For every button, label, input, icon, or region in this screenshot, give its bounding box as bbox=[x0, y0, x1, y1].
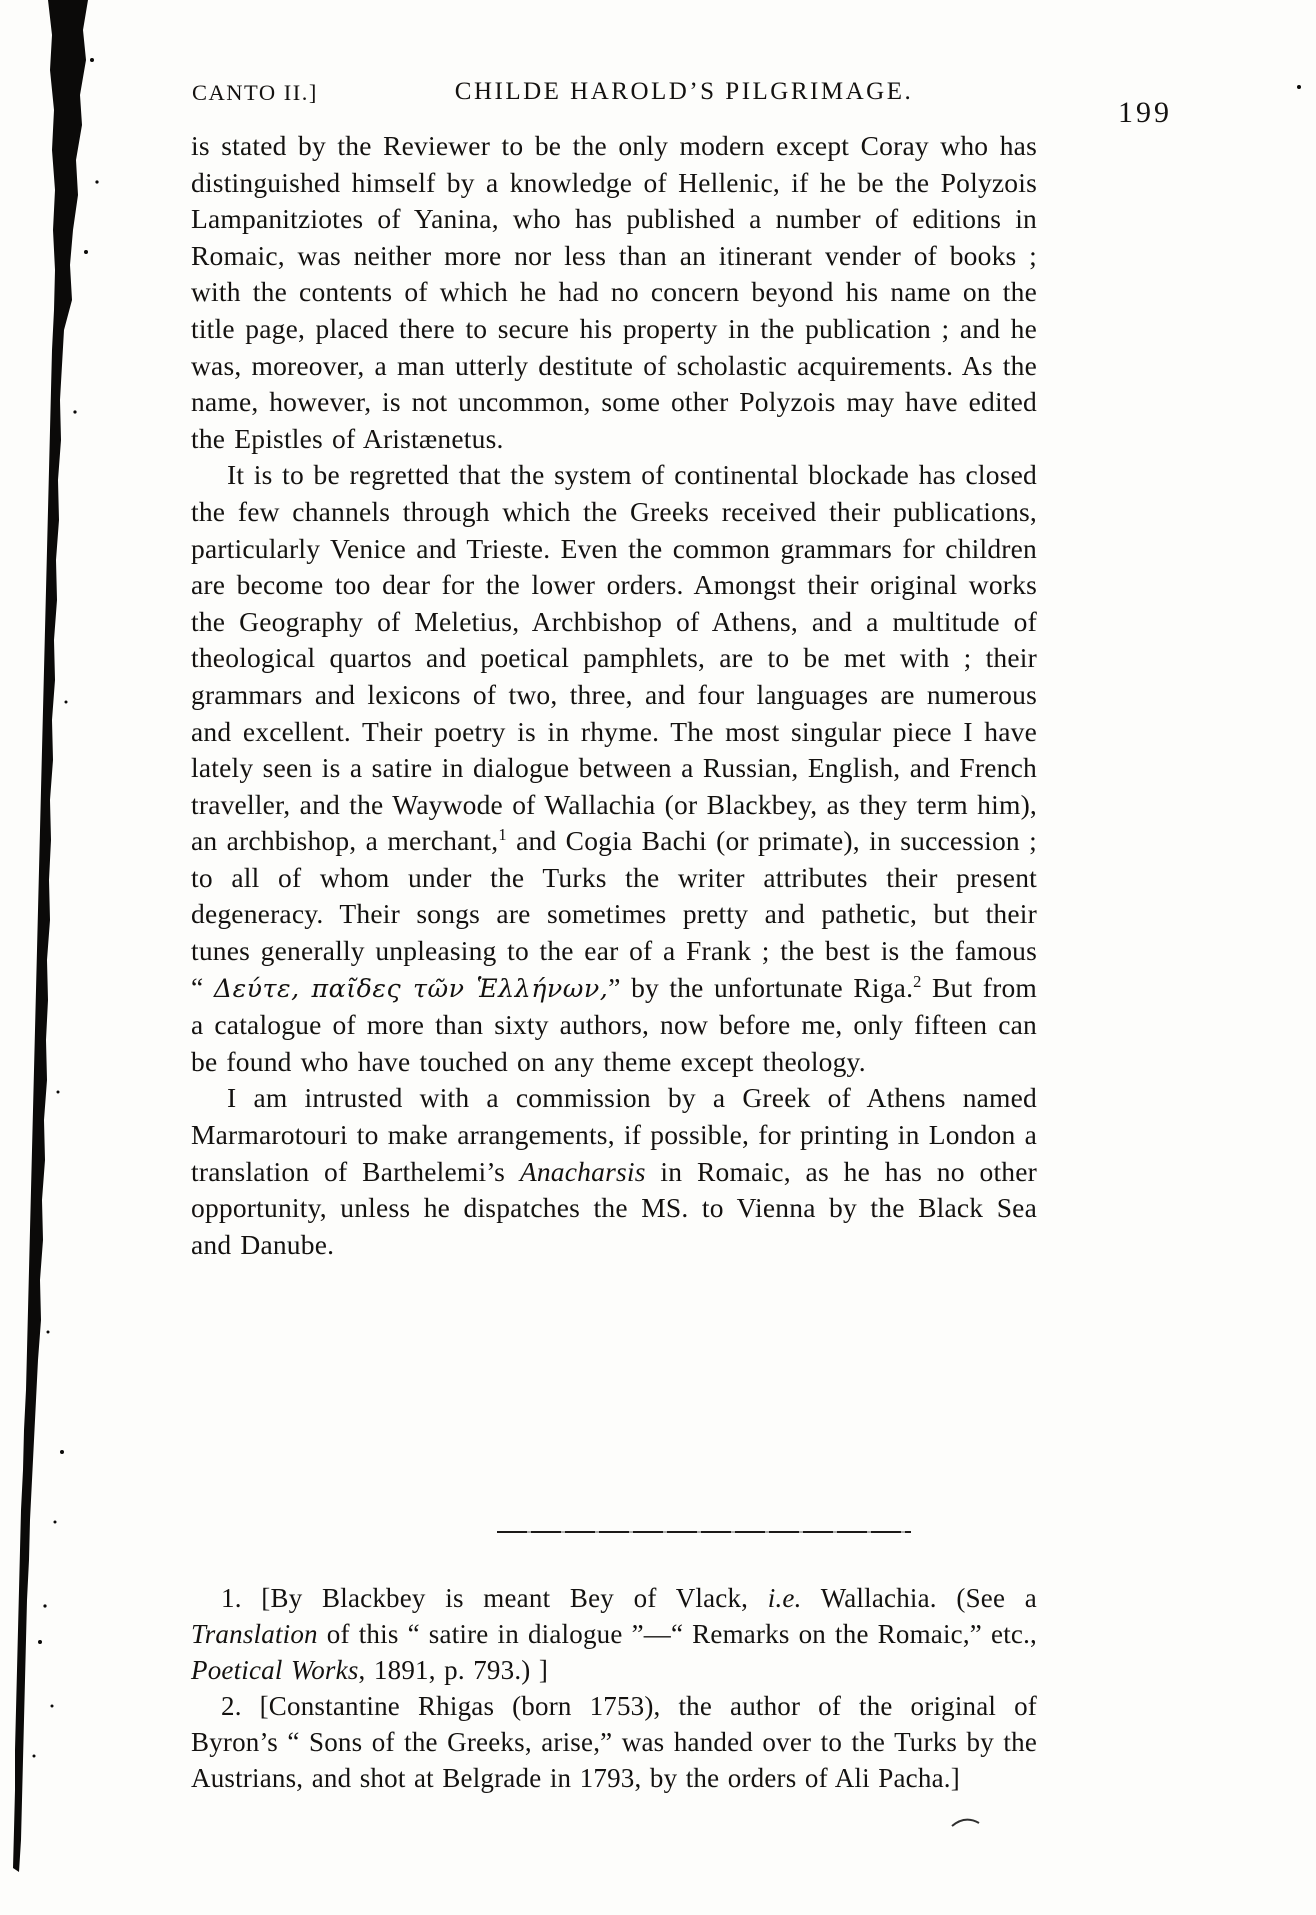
text-run: , 1891, p. 793.) ] bbox=[359, 1655, 549, 1685]
text-run: ” by the unfortunate Riga. bbox=[608, 972, 913, 1003]
footnote-2: 2. [Constantine Rhigas (born 1753), the … bbox=[191, 1688, 1037, 1796]
text-run: Wallachia. (See a bbox=[802, 1583, 1037, 1613]
footnote-reference-superscript: 2 bbox=[913, 972, 921, 991]
body-paragraph-1: is stated by the Reviewer to be the only… bbox=[191, 128, 1037, 457]
text-run: Translation bbox=[191, 1619, 318, 1649]
scan-smudge-mark bbox=[952, 1820, 979, 1826]
page-header: CANTO II.] CHILDE HAROLD’S PILGRIMAGE. 1… bbox=[192, 76, 1176, 136]
body-paragraph-2: It is to be regretted that the system of… bbox=[191, 457, 1037, 1080]
footnote-reference-superscript: 1 bbox=[498, 825, 506, 844]
body-paragraph-3: I am intrusted with a commission by a Gr… bbox=[191, 1080, 1037, 1263]
text-run: It is to be regretted that the system of… bbox=[191, 459, 1037, 856]
text-run: of this “ satire in dialogue ”—“ Remarks… bbox=[318, 1619, 1037, 1649]
scan-binding-shadow bbox=[13, 0, 88, 1872]
text-run: i.e. bbox=[768, 1583, 802, 1613]
body-text-column: is stated by the Reviewer to be the only… bbox=[191, 128, 1037, 1263]
text-run: is stated by the Reviewer to be the only… bbox=[191, 130, 1037, 454]
footnotes-block: 1. [By Blackbey is meant Bey of Vlack, i… bbox=[191, 1580, 1037, 1796]
text-run: Anacharsis bbox=[520, 1156, 646, 1187]
header-running-title: CHILDE HAROLD’S PILGRIMAGE. bbox=[455, 78, 913, 106]
text-run: 1. [By Blackbey is meant Bey of Vlack, bbox=[221, 1583, 768, 1613]
greek-phrase: Δεύτε, παῖδες τῶν Ἑλλήνων, bbox=[214, 974, 608, 1003]
footnote-1: 1. [By Blackbey is meant Bey of Vlack, i… bbox=[191, 1580, 1037, 1688]
header-canto-label: CANTO II.] bbox=[192, 80, 318, 106]
text-run: Poetical Works bbox=[191, 1655, 359, 1685]
text-run: 2. [Constantine Rhigas (born 1753), the … bbox=[191, 1691, 1037, 1793]
footnote-divider-rule bbox=[497, 1531, 911, 1533]
header-page-number: 199 bbox=[1118, 96, 1172, 130]
scanned-book-page: CANTO II.] CHILDE HAROLD’S PILGRIMAGE. 1… bbox=[0, 0, 1316, 1915]
